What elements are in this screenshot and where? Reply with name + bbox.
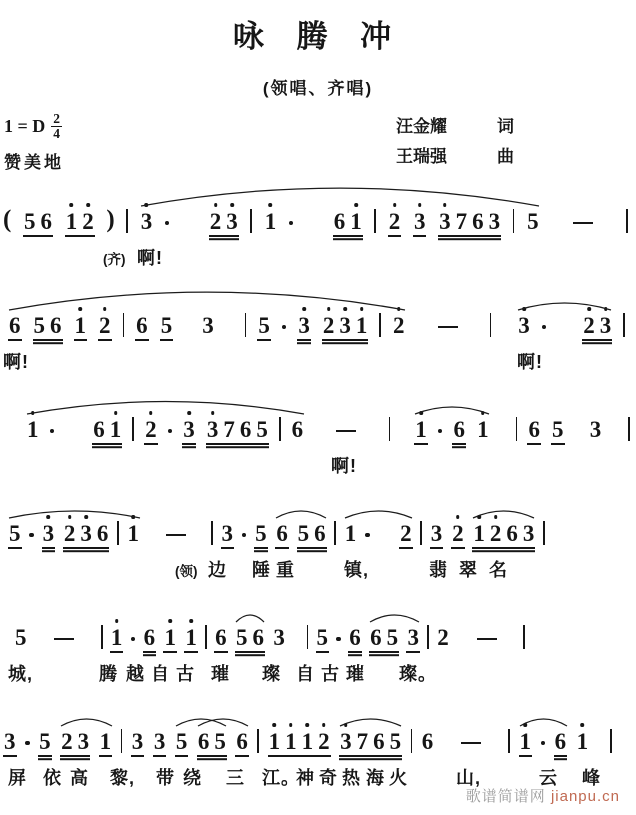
note-group: 6: [291, 418, 305, 441]
note-group: 3: [201, 314, 215, 337]
note: 6: [334, 210, 346, 233]
slur-arc: [276, 511, 326, 518]
note-group: 5: [254, 522, 268, 545]
slur-arc: [61, 719, 112, 726]
note: 6: [373, 730, 385, 753]
time-signature: 2 4: [51, 112, 62, 141]
slur-layer: [26, 392, 630, 418]
note-high-octave: 2: [64, 522, 76, 545]
note-high-octave: 3: [207, 418, 219, 441]
note-group: 5: [160, 314, 174, 337]
lyric-syllable: 璀: [211, 660, 230, 686]
spacer: [504, 648, 516, 649]
note: 3: [4, 730, 16, 753]
augmentation-dot: [336, 637, 341, 642]
note-high-octave: 3: [298, 314, 310, 337]
slur-arc: [520, 719, 567, 726]
lyric-syllable: 屏: [8, 764, 27, 790]
note-group: 5: [175, 730, 189, 753]
spacer: [305, 232, 321, 233]
note: 5: [317, 626, 329, 649]
note: 6: [236, 730, 248, 753]
lyric-syllable: 啊!: [331, 452, 357, 478]
note-group: 5: [551, 418, 565, 441]
lyric-syllable: 绕: [183, 764, 202, 790]
note-group: 1: [519, 730, 533, 753]
slur-arc: [518, 303, 611, 310]
note-high-octave: 1: [111, 626, 123, 649]
note: 6: [240, 418, 252, 441]
barline: [257, 729, 259, 753]
note-group: 23: [209, 210, 239, 233]
note-group: 3: [430, 522, 444, 545]
note-group: 2: [144, 418, 158, 441]
note: 3: [431, 522, 443, 545]
slur-arc: [141, 188, 539, 206]
note: 5: [527, 210, 539, 233]
time-signature-numerator: 2: [51, 112, 62, 127]
spacer: [377, 544, 391, 545]
barline: [117, 521, 119, 545]
lyric-syllable: 江。: [262, 764, 300, 790]
note-group: 56: [297, 522, 327, 545]
lyric-syllable: (领): [175, 560, 198, 580]
note-high-octave: 1: [164, 626, 176, 649]
note: 6: [506, 522, 518, 545]
augmentation-dot: [541, 741, 546, 746]
note: 2: [61, 730, 73, 753]
lyric-syllable: 陲: [252, 556, 271, 582]
note-high-octave: 3: [600, 314, 612, 337]
lyric-syllable: 翠: [459, 556, 478, 582]
note-high-octave: 3: [183, 418, 195, 441]
lyric-syllable: 名: [489, 556, 508, 582]
slur-layer: [14, 600, 525, 626]
barline: [623, 313, 625, 337]
slur-arc: [9, 292, 405, 310]
barline: [334, 521, 336, 545]
lyric-syllable: 奇: [319, 764, 338, 790]
barline: [374, 209, 376, 233]
augmentation-dot: [29, 533, 34, 538]
note-group: 3: [182, 418, 196, 441]
note: 2: [437, 626, 449, 649]
duration-dash: [477, 638, 497, 640]
barline: [101, 625, 103, 649]
note-high-octave: 1: [302, 730, 314, 753]
spacer: [557, 336, 571, 337]
barline: [211, 521, 213, 545]
spacer: [457, 648, 469, 649]
note-group: 65: [197, 730, 227, 753]
note-high-octave: 1: [473, 522, 485, 545]
duration-dash: [438, 326, 458, 328]
note: 6: [422, 730, 434, 753]
lyric-syllable: 重: [276, 556, 295, 582]
note-group: 12: [65, 210, 95, 233]
lyric-syllable: 热: [342, 764, 361, 790]
note-group: 56: [23, 210, 53, 233]
notes-row: 65612653532312323: [8, 314, 625, 337]
lyric-syllable: 古: [176, 660, 195, 686]
note: 6: [97, 522, 109, 545]
note: 6: [215, 626, 227, 649]
note: 5: [9, 522, 21, 545]
note-group: 23: [60, 730, 90, 753]
key-label: 1 = D: [4, 116, 45, 137]
note-group: 2: [399, 522, 413, 545]
note: 5: [298, 522, 310, 545]
sheet-music-page: 咏 腾 冲 (领唱、齐唱) 1 = D 2 4 赞美地 汪金耀 词 王瑞强 曲 …: [0, 0, 636, 815]
spacer: [575, 440, 579, 441]
note-group: 6: [135, 314, 149, 337]
note: 6: [144, 626, 156, 649]
note-group: 1: [74, 314, 88, 337]
lyric-syllable: 自: [296, 660, 315, 686]
note-high-octave: 3: [414, 210, 426, 233]
lyric-syllable: 三: [226, 764, 245, 790]
note-group: 6: [214, 626, 228, 649]
lyricist-credit: 汪金耀 词: [396, 112, 514, 137]
key-tempo-block: 1 = D 2 4 赞美地: [4, 112, 64, 173]
spacer: [82, 648, 94, 649]
lyric-syllable: 神: [296, 764, 315, 790]
note-group: 5: [257, 314, 271, 337]
score-line-1: (5612)3231612337635(齐)啊!: [3, 184, 636, 288]
barline: [513, 209, 515, 233]
note-group: 2: [388, 210, 402, 233]
spacer: [490, 752, 500, 753]
spacer: [181, 232, 197, 233]
note-group: 6: [235, 730, 249, 753]
lyric-syllable: 海: [366, 764, 385, 790]
note-high-octave: 3: [226, 210, 238, 233]
note: 5: [214, 730, 226, 753]
barline: [610, 729, 612, 753]
note-high-octave: 3: [141, 210, 153, 233]
note-group: 3765: [206, 418, 269, 441]
note: 6: [198, 730, 210, 753]
lyric-syllable: 璨: [262, 660, 281, 686]
note: 3: [132, 730, 144, 753]
note: 5: [176, 730, 188, 753]
note-group: 2: [98, 314, 112, 337]
note-group: 5: [14, 626, 28, 649]
note: 1: [345, 522, 357, 545]
duration-dash: [461, 742, 481, 744]
note-group: 1: [163, 626, 177, 649]
notes-row: 1612337656161653: [26, 418, 630, 441]
note-high-octave: 1: [520, 730, 532, 753]
composer-role: 曲: [497, 142, 514, 167]
note-group: 1: [127, 522, 141, 545]
slur-arc: [27, 402, 304, 414]
note: 6: [370, 626, 382, 649]
score-line-3: 1612337656161653啊!: [26, 392, 636, 496]
spacer: [443, 752, 453, 753]
note: 7: [456, 210, 468, 233]
score-line-5: 516116563566532城,腾越自古璀璨自古璀璨。: [14, 600, 636, 704]
score: (5612)3231612337635(齐)啊!6561265353231232…: [0, 184, 636, 808]
lyrics-row: 啊!: [26, 452, 636, 478]
lyric-syllable: 翡: [429, 556, 448, 582]
lyrics-row: (齐)啊!: [3, 244, 636, 270]
note-group: 3: [589, 418, 603, 441]
note-group: 6: [452, 418, 466, 441]
note: 5: [39, 730, 51, 753]
note-group: 3: [131, 730, 145, 753]
note: 6: [453, 418, 465, 441]
note: 6: [314, 522, 326, 545]
spacer: [366, 440, 378, 441]
slur-arc: [473, 511, 534, 518]
note-group: 1: [26, 418, 40, 441]
note: 6: [555, 730, 567, 753]
note-high-octave: 3: [340, 730, 352, 753]
parenthesis: ): [106, 208, 114, 233]
lyric-syllable: 火: [389, 764, 408, 790]
barline: [250, 209, 252, 233]
note-high-octave: 1: [356, 314, 368, 337]
note-group: 6: [348, 626, 362, 649]
note-high-octave: 3: [43, 522, 55, 545]
note-high-octave: 3: [518, 314, 530, 337]
note-group: 6: [275, 522, 289, 545]
note-high-octave: 1: [128, 522, 140, 545]
note: 6: [41, 210, 53, 233]
lyricist-role: 词: [497, 112, 514, 137]
note: 3: [489, 210, 501, 233]
spacer: [598, 752, 602, 753]
note: 1: [100, 730, 112, 753]
augmentation-dot: [25, 741, 30, 746]
slur-arc: [415, 407, 489, 414]
note-group: 1112: [268, 730, 331, 753]
note-high-octave: 1: [185, 626, 197, 649]
note-group: 6: [8, 314, 22, 337]
parenthesis: (: [3, 208, 11, 233]
slur-layer: [8, 288, 625, 314]
note-group: 23: [582, 314, 612, 337]
note-group: 1: [576, 730, 590, 753]
note: 5: [161, 314, 173, 337]
note-high-octave: 2: [145, 418, 157, 441]
note: 2: [400, 522, 412, 545]
watermark-site-name: 歌谱简谱网: [466, 788, 546, 805]
note: 6: [93, 418, 105, 441]
note-group: 6: [554, 730, 568, 753]
duration-dash: [166, 534, 186, 536]
note-group: 3: [140, 210, 154, 233]
lyric-syllable: 自: [151, 660, 170, 686]
note-group: 1: [344, 522, 358, 545]
note: 5: [256, 418, 268, 441]
note: 7: [223, 418, 235, 441]
note: 6: [349, 626, 361, 649]
note-high-octave: 3: [439, 210, 451, 233]
note-group: 3: [413, 210, 427, 233]
spacer: [551, 232, 561, 233]
note: 5: [15, 626, 27, 649]
note-high-octave: 2: [318, 730, 330, 753]
augmentation-dot: [282, 325, 287, 330]
note: 3: [407, 626, 419, 649]
notes-row: 35231335656111237656161: [3, 730, 612, 753]
note: 5: [255, 522, 267, 545]
augmentation-dot: [165, 221, 170, 226]
barline: [123, 313, 125, 337]
note: 3: [78, 730, 90, 753]
note-high-octave: 1: [415, 418, 427, 441]
note-group: 5: [8, 522, 22, 545]
note-group: 3: [517, 314, 531, 337]
barline: [490, 313, 492, 337]
spacer: [469, 336, 479, 337]
spacer: [500, 440, 506, 441]
note-group: 1263: [472, 522, 535, 545]
spacer: [64, 440, 82, 441]
note-high-octave: 2: [583, 314, 595, 337]
augmentation-dot: [289, 221, 294, 226]
watermark: 歌谱简谱网 jianpu.cn: [466, 785, 620, 806]
note-group: 6: [527, 418, 541, 441]
note-group: 1: [99, 730, 113, 753]
spacer: [184, 336, 190, 337]
slur-layer: [3, 704, 612, 730]
spacer: [35, 648, 47, 649]
note-group: 3: [153, 730, 167, 753]
lyric-syllable: 越: [126, 660, 145, 686]
note-high-octave: 1: [265, 210, 277, 233]
lyric-syllable: 啊!: [137, 244, 163, 270]
lyric-syllable: 城,: [8, 660, 33, 686]
spacer: [612, 440, 618, 441]
note: 6: [253, 626, 265, 649]
note-high-octave: 2: [99, 314, 111, 337]
note-high-octave: 2: [82, 210, 94, 233]
note: 5: [258, 314, 270, 337]
note-group: 65: [369, 626, 399, 649]
note-high-octave: 1: [577, 730, 589, 753]
barline: [523, 625, 525, 649]
note-group: 3765: [339, 730, 402, 753]
barline: [307, 625, 309, 649]
note-high-octave: 2: [490, 522, 502, 545]
note-high-octave: 1: [350, 210, 362, 233]
note-group: 1: [264, 210, 278, 233]
key-signature: 1 = D 2 4: [4, 112, 64, 141]
lyrics-row: 啊!啊!: [8, 348, 636, 374]
lyric-syllable: 依: [43, 764, 62, 790]
score-line-2: 65612653532312323啊!啊!: [8, 288, 636, 392]
augmentation-dot: [365, 533, 370, 538]
lyric-syllable: 啊!: [517, 348, 543, 374]
barline: [132, 417, 134, 441]
note-high-octave: 3: [339, 314, 351, 337]
barline: [121, 729, 123, 753]
spacer: [226, 336, 234, 337]
duration-dash: [54, 638, 74, 640]
barline: [427, 625, 429, 649]
note-high-octave: 2: [389, 210, 401, 233]
barline: [508, 729, 510, 753]
note: 5: [236, 626, 248, 649]
note-group: 236: [63, 522, 110, 545]
subtitle: (领唱、齐唱): [0, 74, 636, 99]
spacer: [400, 440, 404, 441]
note-group: 1: [110, 626, 124, 649]
note: 6: [276, 522, 288, 545]
note-high-octave: 1: [110, 418, 122, 441]
note-high-octave: 2: [393, 314, 405, 337]
note: 6: [472, 210, 484, 233]
barline: [279, 417, 281, 441]
barline: [411, 729, 413, 753]
augmentation-dot: [50, 429, 55, 434]
note-group: 3: [221, 522, 235, 545]
note-group: 56: [33, 314, 63, 337]
note: 3: [202, 314, 214, 337]
duration-dash: [573, 222, 593, 224]
lyric-syllable: 古: [321, 660, 340, 686]
tempo-marking: 赞美地: [4, 148, 64, 173]
barline: [379, 313, 381, 337]
note-group: 61: [92, 418, 122, 441]
lyric-syllable: 镇,: [344, 556, 369, 582]
spacer: [293, 648, 299, 649]
note: 3: [590, 418, 602, 441]
note: 6: [9, 314, 21, 337]
note-group: 61: [333, 210, 363, 233]
composer-credit: 王瑞强 曲: [396, 142, 514, 167]
note: 3: [154, 730, 166, 753]
note-group: 5: [38, 730, 52, 753]
note-group: 5: [526, 210, 540, 233]
note-group: 5: [316, 626, 330, 649]
notes-row: 5323613565612321263: [8, 522, 545, 545]
note-group: 1: [414, 418, 428, 441]
barline: [626, 209, 628, 233]
note-high-octave: 2: [452, 522, 464, 545]
meta-row: 1 = D 2 4 赞美地 汪金耀 词 王瑞强 曲: [0, 112, 636, 173]
note-group: 3: [406, 626, 420, 649]
barline: [420, 521, 422, 545]
lyric-syllable: (齐): [103, 248, 126, 268]
spacer: [502, 336, 506, 337]
slur-layer: [3, 184, 628, 210]
note: 6: [292, 418, 304, 441]
note-high-octave: 2: [323, 314, 335, 337]
note: 7: [357, 730, 369, 753]
barline: [389, 417, 391, 441]
augmentation-dot: [131, 637, 136, 642]
barline: [628, 417, 630, 441]
note: 5: [552, 418, 564, 441]
note-high-octave: 3: [80, 522, 92, 545]
note: 5: [24, 210, 36, 233]
note: 6: [136, 314, 148, 337]
note: 5: [387, 626, 399, 649]
composer-name: 王瑞强: [396, 142, 447, 167]
note-group: 3: [272, 626, 286, 649]
score-line-4: 5323613565612321263(领)边陲重镇,翡翠名: [8, 496, 636, 600]
note: 3: [273, 626, 285, 649]
page-title: 咏 腾 冲: [0, 0, 636, 54]
notes-row: (5612)3231612337635: [3, 210, 628, 233]
note-high-octave: 1: [269, 730, 281, 753]
note-group: 2: [451, 522, 465, 545]
lyric-syllable: 璀: [346, 660, 365, 686]
